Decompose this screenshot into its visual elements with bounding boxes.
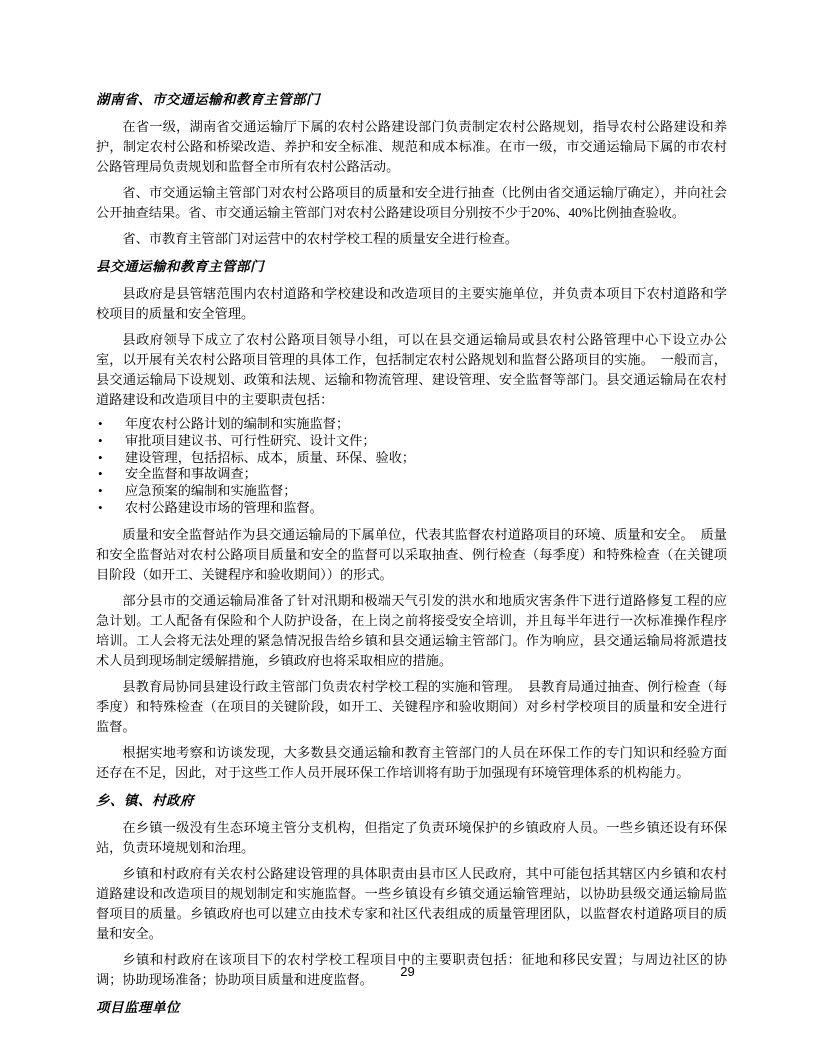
paragraph: 县政府领导下成立了农村公路项目领导小组，可以在县交通运输局或县农村公路管理中心下… — [96, 330, 727, 410]
section-heading-county-authorities: 县交通运输和教育主管部门 — [96, 257, 727, 277]
page-number: 29 — [0, 963, 815, 981]
paragraph: 乡镇和村政府有关农村公路建设管理的具体职责由县市区人民政府，其中可能包括其辖区内… — [96, 864, 727, 944]
bullet-list: 年度农村公路计划的编制和实施监督； 审批项目建议书、可行性研究、设计文件； 建设… — [96, 416, 727, 517]
document-content: 湖南省、市交通运输和教育主管部门 在省一级，湖南省交通运输厅下属的农村公路建设部… — [96, 90, 727, 1025]
section-heading-project-supervision-unit: 项目监理单位 — [96, 998, 727, 1018]
bullet-item: 应急预案的编制和实施监督； — [96, 483, 727, 500]
paragraph: 省、市交通运输主管部门对农村公路项目的质量和安全进行抽查（比例由省交通运输厅确定… — [96, 183, 727, 223]
section-heading-township-village-governments: 乡、镇、村政府 — [96, 791, 727, 811]
bullet-item: 年度农村公路计划的编制和实施监督； — [96, 416, 727, 433]
document-page: 湖南省、市交通运输和教育主管部门 在省一级，湖南省交通运输厅下属的农村公路建设部… — [0, 0, 815, 1055]
paragraph: 县教育局协同县建设行政主管部门负责农村学校工程的实施和管理。 县教育局通过抽查、… — [96, 677, 727, 737]
paragraph: 在乡镇一级没有生态环境主管分支机构，但指定了负责环境保护的乡镇政府人员。一些乡镇… — [96, 818, 727, 858]
bullet-item: 建设管理，包括招标、成本，质量、环保、验收； — [96, 450, 727, 467]
bullet-item: 安全监督和事故调查； — [96, 466, 727, 483]
bullet-item: 审批项目建议书、可行性研究、设计文件； — [96, 433, 727, 450]
paragraph: 在省一级，湖南省交通运输厅下属的农村公路建设部门负责制定农村公路规划，指导农村公… — [96, 117, 727, 177]
bullet-item: 农村公路建设市场的管理和监督。 — [96, 500, 727, 517]
paragraph: 部分县市的交通运输局准备了针对汛期和极端天气引发的洪水和地质灾害条件下进行道路修… — [96, 591, 727, 671]
paragraph: 省、市教育主管部门对运营中的农村学校工程的质量安全进行检查。 — [96, 229, 727, 249]
section-heading-provincial-municipal-authorities: 湖南省、市交通运输和教育主管部门 — [96, 90, 727, 110]
paragraph: 根据实地考察和访谈发现，大多数县交通运输和教育主管部门的人员在环保工作的专门知识… — [96, 743, 727, 783]
paragraph: 县政府是县管辖范围内农村道路和学校建设和改造项目的主要实施单位，并负责本项目下农… — [96, 284, 727, 324]
paragraph: 质量和安全监督站作为县交通运输局的下属单位，代表其监督农村道路项目的环境、质量和… — [96, 525, 727, 585]
